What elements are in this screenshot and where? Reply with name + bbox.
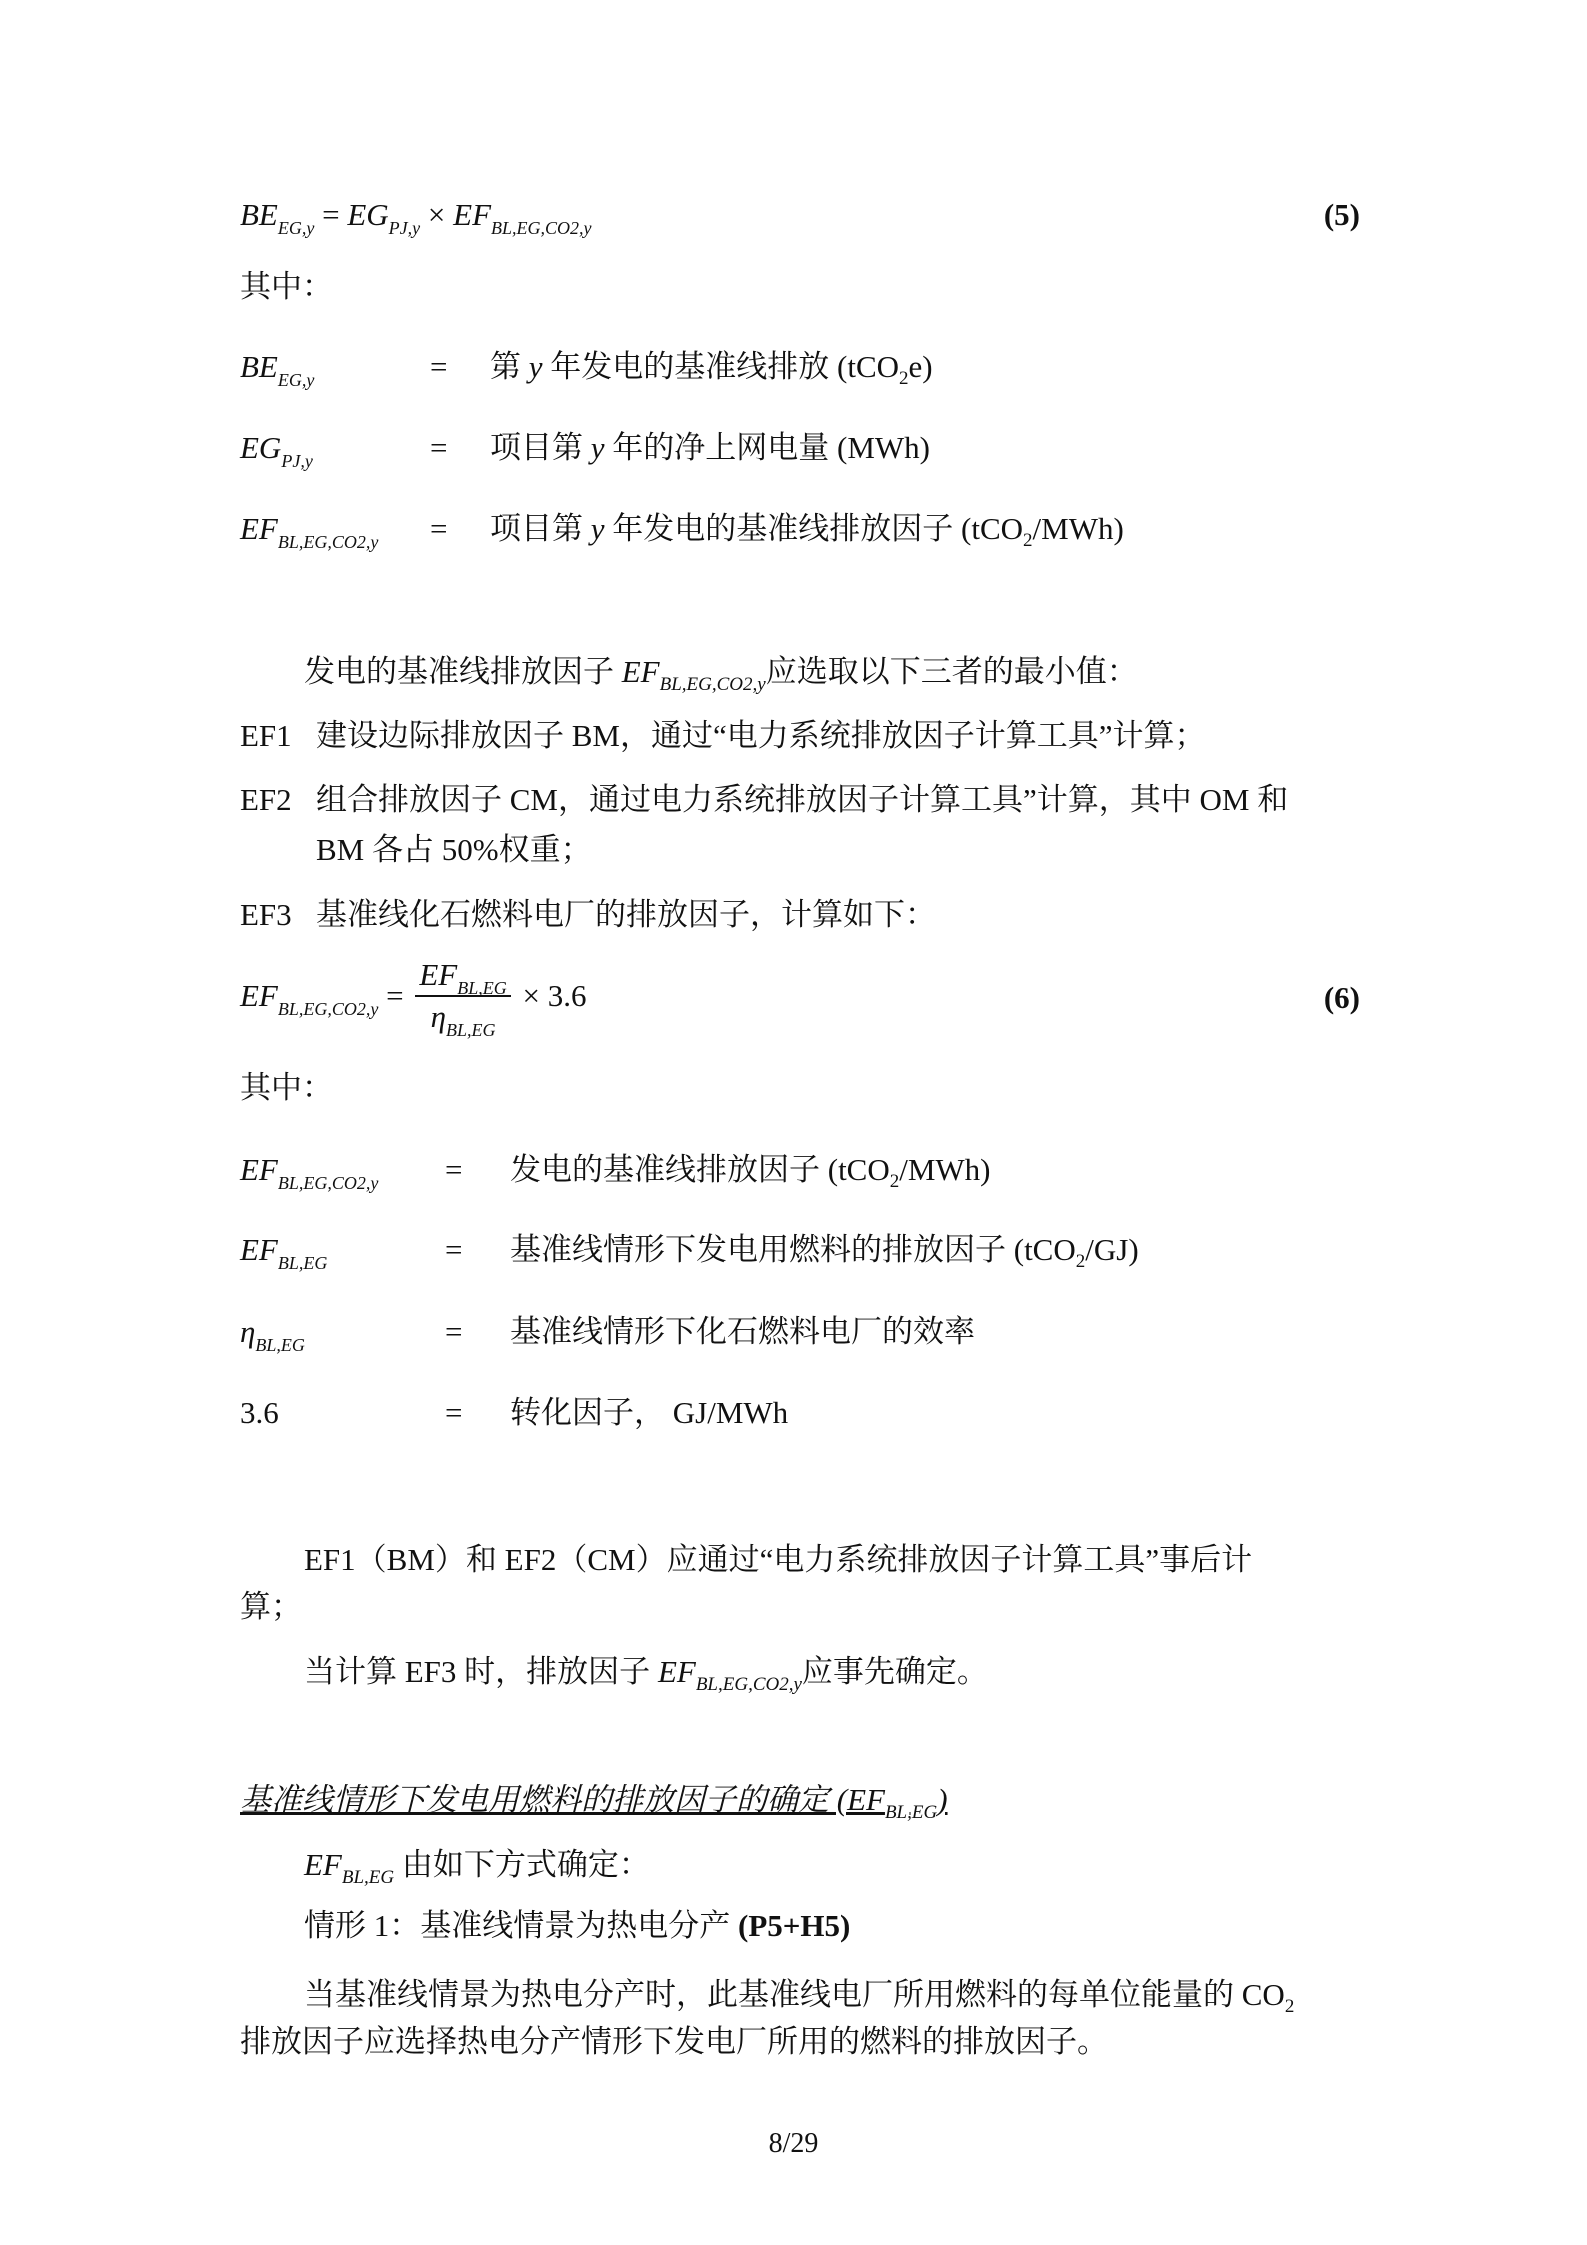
- where-label-1: 其中：: [240, 267, 333, 307]
- paragraph-text: 应选取以下三者的最小值：: [766, 654, 1138, 689]
- equals-sign: =: [430, 428, 490, 468]
- formula6-lhs: EF: [240, 978, 278, 1013]
- variable-y: y: [591, 511, 605, 546]
- ef1-text: 建设边际排放因子 BM，通过“电力系统排放因子计算工具”计算；: [316, 718, 1206, 753]
- page-number: 8/29: [0, 2128, 1587, 2160]
- formula5-term2: EF: [453, 197, 491, 232]
- formula5-op: ×: [420, 197, 453, 232]
- paragraph-minimum: 发电的基准线排放因子 EFBL,EG,CO2,y应选取以下三者的最小值：: [304, 652, 1138, 692]
- equation-number-6: (6): [1324, 978, 1360, 1018]
- paragraph-expost-line1: EF1（BM）和 EF2（CM）应通过“电力系统排放因子计算工具”事后计: [304, 1540, 1252, 1580]
- where-label-2: 其中：: [240, 1068, 333, 1108]
- unit-subscript: 2: [899, 368, 909, 389]
- definition-symbol: EFBL,EG,CO2,y: [240, 509, 430, 549]
- symbol-ef: EF: [304, 1847, 342, 1882]
- co2-subscript: 2: [1285, 1996, 1295, 2017]
- equals-sign: =: [445, 1230, 510, 1270]
- formula-6: EFBL,EG,CO2,y = EFBL,EG ηBL,EG × 3.6: [240, 955, 586, 1037]
- formula5-term1: EG: [347, 197, 388, 232]
- definition-text: 转化因子， GJ/MWh: [510, 1395, 788, 1430]
- equation-number-5: (5): [1324, 195, 1360, 235]
- paragraph-text: 当计算 EF3 时，排放因子: [304, 1654, 658, 1689]
- symbol-ef: EF: [658, 1654, 696, 1689]
- definition-text: 项目第: [490, 511, 591, 546]
- paragraph-determine: EFBL,EG 由如下方式确定：: [304, 1845, 650, 1885]
- formula6-multiplier: × 3.6: [522, 978, 586, 1013]
- formula5-eq: =: [314, 197, 347, 232]
- unit-text: /GJ): [1085, 1232, 1138, 1267]
- fraction-denominator: ηBL,EG: [415, 997, 510, 1037]
- case-code: (P5+H5): [738, 1908, 850, 1943]
- symbol-sub: BL,EG,CO2,y: [696, 1674, 802, 1695]
- definition-row: ηBL,EG=基准线情形下化石燃料电厂的效率: [240, 1312, 975, 1352]
- definition-text: 第: [490, 349, 529, 384]
- definition-text: 项目第: [490, 430, 591, 465]
- formula5-lhs-sub: EG,y: [278, 218, 314, 238]
- ef2-item: EF2组合排放因子 CM，通过电力系统排放因子计算工具”计算，其中 OM 和: [240, 780, 1288, 820]
- formula5-term1-sub: PJ,y: [389, 218, 420, 238]
- ef1-label: EF1: [240, 716, 316, 756]
- ef1-item: EF1建设边际排放因子 BM，通过“电力系统排放因子计算工具”计算；: [240, 716, 1206, 756]
- heading-close: ): [937, 1782, 947, 1817]
- case-text: 情形 1：基准线情景为热电分产: [304, 1908, 738, 1943]
- equals-sign: =: [445, 1150, 510, 1190]
- equals-sign: =: [445, 1312, 510, 1352]
- definition-symbol: BEEG,y: [240, 347, 430, 387]
- definition-row: EGPJ,y=项目第 y 年的净上网电量 (MWh): [240, 428, 930, 468]
- heading-text: 基准线情形下发电用燃料的排放因子的确定 (EF: [240, 1782, 885, 1817]
- formula5-term2-sub: BL,EG,CO2,y: [491, 218, 592, 238]
- symbol-ef: EF: [622, 654, 660, 689]
- formula6-lhs-sub: BL,EG,CO2,y: [278, 999, 379, 1019]
- case-1-title: 情形 1：基准线情景为热电分产 (P5+H5): [304, 1906, 850, 1946]
- formula5-lhs: BE: [240, 197, 278, 232]
- paragraph-case1-line2: 排放因子应选择热电分产情形下发电厂所用的燃料的排放因子。: [240, 2022, 1108, 2062]
- definition-symbol: EGPJ,y: [240, 428, 430, 468]
- ef2-text: 组合排放因子 CM，通过电力系统排放因子计算工具”计算，其中 OM 和: [316, 782, 1288, 817]
- paragraph-expost-line2: 算；: [240, 1587, 302, 1627]
- definition-symbol: EFBL,EG: [240, 1230, 445, 1270]
- equals-sign: =: [445, 1393, 510, 1433]
- ef2-label: EF2: [240, 780, 316, 820]
- unit-subscript: 2: [1023, 530, 1033, 551]
- fraction: EFBL,EG ηBL,EG: [415, 955, 510, 1037]
- paragraph-text: 应事先确定。: [802, 1654, 988, 1689]
- definition-row: EFBL,EG,CO2,y=项目第 y 年发电的基准线排放因子 (tCO2/MW…: [240, 509, 1124, 549]
- ef3-label: EF3: [240, 895, 316, 935]
- section-heading: 基准线情形下发电用燃料的排放因子的确定 (EFBL,EG): [240, 1780, 948, 1820]
- unit-text: /MWh): [899, 1152, 990, 1187]
- symbol-sub: BL,EG,CO2,y: [660, 674, 766, 695]
- formula-5: BEEG,y = EGPJ,y × EFBL,EG,CO2,y: [240, 195, 592, 235]
- definition-row: EFBL,EG,CO2,y=发电的基准线排放因子 (tCO2/MWh): [240, 1150, 991, 1190]
- unit-text: e): [909, 349, 933, 384]
- ef3-item: EF3基准线化石燃料电厂的排放因子，计算如下：: [240, 895, 936, 935]
- definition-text: 基准线情形下发电用燃料的排放因子 (tCO: [510, 1232, 1076, 1267]
- symbol-sub: BL,EG: [342, 1867, 394, 1888]
- heading-sub: BL,EG: [885, 1802, 937, 1823]
- ef3-text: 基准线化石燃料电厂的排放因子，计算如下：: [316, 897, 936, 932]
- definition-text: 发电的基准线排放因子 (tCO: [510, 1152, 890, 1187]
- variable-y: y: [591, 430, 605, 465]
- definition-row: 3.6=转化因子， GJ/MWh: [240, 1393, 788, 1433]
- definition-text: 年的净上网电量 (MWh): [605, 430, 930, 465]
- paragraph-text: 发电的基准线排放因子: [304, 654, 622, 689]
- paragraph-case1-line1: 当基准线情景为热电分产时，此基准线电厂所用燃料的每单位能量的 CO2: [304, 1975, 1294, 2015]
- equals-sign: =: [430, 347, 490, 387]
- ef2-continuation: BM 各占 50%权重；: [316, 830, 592, 870]
- paragraph-text: 当基准线情景为热电分产时，此基准线电厂所用燃料的每单位能量的 CO: [304, 1977, 1285, 2012]
- definition-row: BEEG,y=第 y 年发电的基准线排放 (tCO2e): [240, 347, 933, 387]
- definition-symbol: 3.6: [240, 1393, 445, 1433]
- unit-subscript: 2: [890, 1171, 900, 1192]
- definition-text: 年发电的基准线排放因子 (tCO: [605, 511, 1024, 546]
- definition-text: 年发电的基准线排放 (tCO: [543, 349, 900, 384]
- fraction-numerator: EFBL,EG: [415, 955, 510, 997]
- equals-sign: =: [430, 509, 490, 549]
- variable-y: y: [529, 349, 543, 384]
- formula6-eq: =: [386, 978, 403, 1013]
- unit-subscript: 2: [1076, 1251, 1086, 1272]
- paragraph-text: 由如下方式确定：: [394, 1847, 650, 1882]
- definition-symbol: EFBL,EG,CO2,y: [240, 1150, 445, 1190]
- definition-row: EFBL,EG=基准线情形下发电用燃料的排放因子 (tCO2/GJ): [240, 1230, 1139, 1270]
- unit-text: /MWh): [1033, 511, 1124, 546]
- definition-symbol: ηBL,EG: [240, 1312, 445, 1352]
- definition-text: 基准线情形下化石燃料电厂的效率: [510, 1314, 975, 1349]
- paragraph-exante: 当计算 EF3 时，排放因子 EFBL,EG,CO2,y应事先确定。: [304, 1652, 988, 1692]
